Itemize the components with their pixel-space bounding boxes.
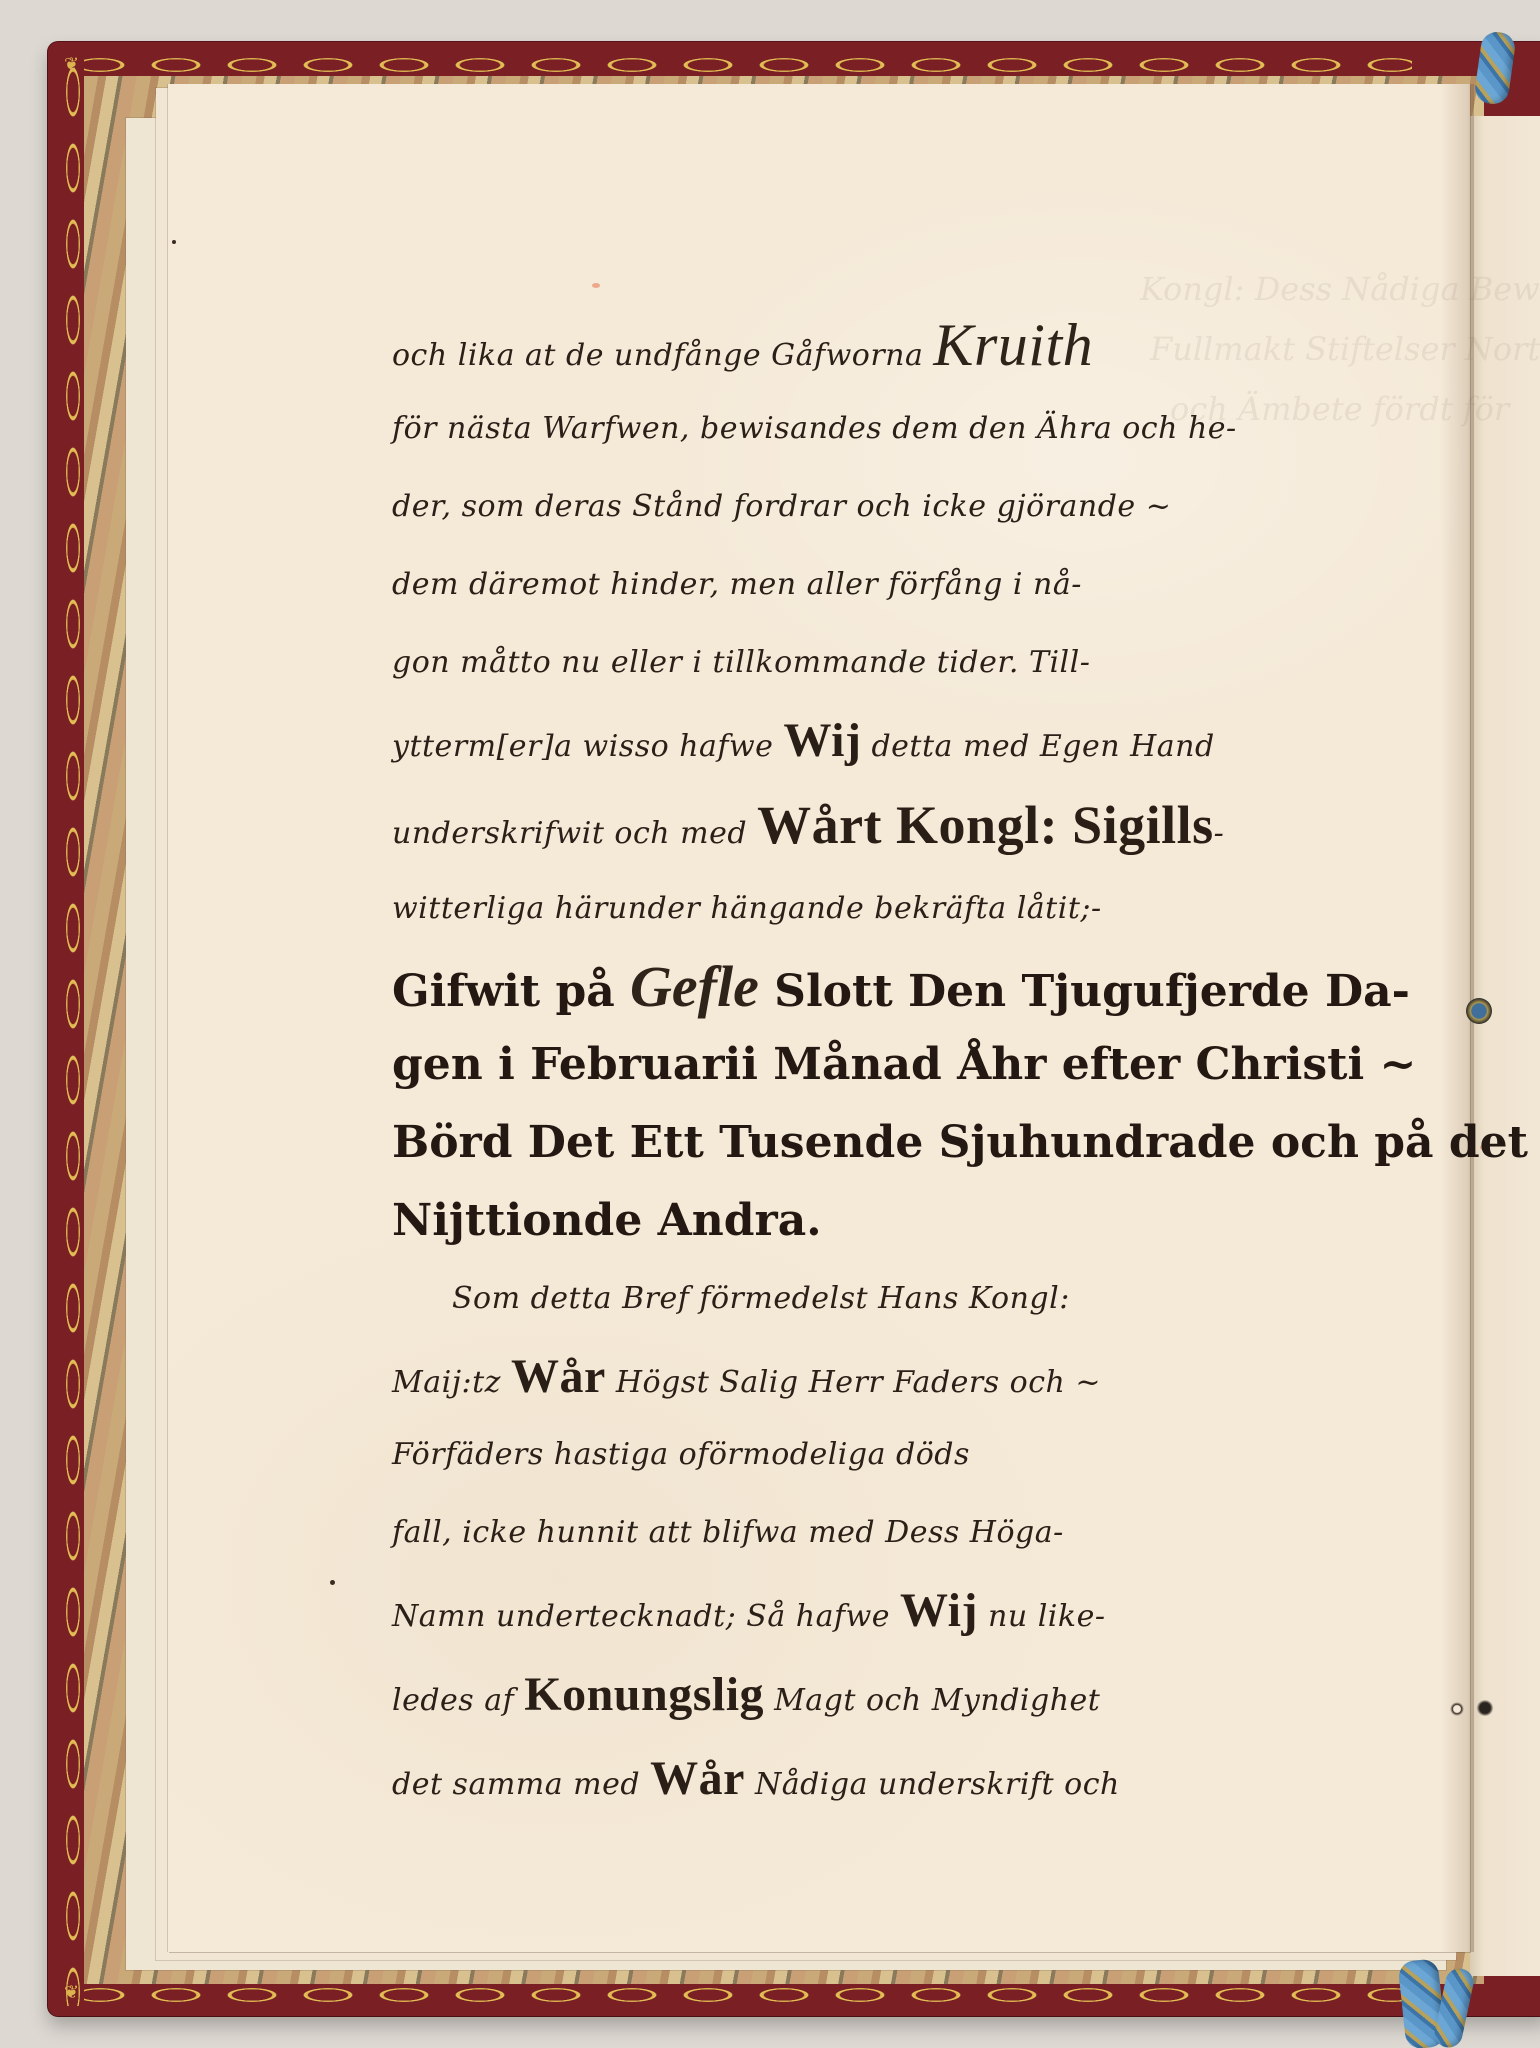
text-line-14: Maij:tz Wår Högst Salig Herr Faders och … <box>392 1338 1412 1416</box>
binding-stitch-icon <box>1476 1700 1494 1716</box>
text-line-5: gon måtto nu eller i tillkommande tider.… <box>392 624 1412 702</box>
ink-spot <box>172 240 176 244</box>
text-line-11-fraktur: Börd Det Ett Tusende Sjuhundrade och på … <box>392 1104 1412 1182</box>
text-line-19: det samma med Wår Nådiga underskrift och <box>392 1740 1412 1818</box>
display-word-war: Wår <box>650 1752 745 1805</box>
display-phrase-wart-kongl-sigills: Wårt Kongl: Sigills <box>757 795 1214 855</box>
text-line-1: och lika at de undfånge Gåfworna Kruith <box>392 300 1412 390</box>
ink-spot <box>592 283 600 288</box>
text-line-9-fraktur: Gifwit på Gefle Slott Den Tjugufjerde Da… <box>392 948 1412 1026</box>
text-line-6: ytterm[er]a wisso hafwe Wij detta med Eg… <box>392 702 1412 780</box>
text-line-7: underskrifwit och med Wårt Kongl: Sigill… <box>392 780 1412 870</box>
display-word-war: Wår <box>511 1350 606 1403</box>
text-line-2: för nästa Warfwen, bewisandes dem den Äh… <box>392 390 1412 468</box>
text-line-18: ledes af Konungslig Magt och Myndighet <box>392 1650 1412 1740</box>
gold-tooled-border-left <box>62 54 84 2006</box>
text-line-17: Namn undertecknadt; Så hafwe Wij nu like… <box>392 1572 1412 1650</box>
gold-tooled-border-top <box>62 54 1412 76</box>
text-line-4: dem däremot hinder, men aller förfång i … <box>392 546 1412 624</box>
text-line-3: der, som deras Stånd fordrar och icke gj… <box>392 468 1412 546</box>
display-word-konungslig: Konungslig <box>524 1668 764 1721</box>
manuscript-text: och lika at de undfånge Gåfworna Kruith … <box>392 300 1412 1818</box>
gold-corner-ornament-icon: ❦ <box>64 1984 79 2002</box>
display-word-kruith: Kruith <box>933 312 1093 378</box>
text-line-15: Förfäders hastiga oförmodeliga döds <box>392 1416 1412 1494</box>
text-line-10-fraktur: gen i Februarii Månad Åhr efter Christi … <box>392 1026 1412 1104</box>
binding-stitch-icon <box>1450 1702 1464 1716</box>
ink-spot <box>330 1580 335 1585</box>
display-word-wij: Wij <box>900 1584 978 1637</box>
gold-tooled-border-bottom <box>62 1984 1412 2006</box>
display-word-gefle: Gefle <box>630 954 759 1019</box>
gold-corner-ornament-icon: ❦ <box>64 56 79 74</box>
text-line-16: fall, icke hunnit att blifwa med Dess Hö… <box>392 1494 1412 1572</box>
text-line-8: witterliga härunder hängande bekräfta lå… <box>392 870 1412 948</box>
text-line-12-fraktur: Nijttionde Andra. <box>392 1182 1412 1260</box>
text-line-13: Som detta Bref förmedelst Hans Kongl: <box>392 1260 1412 1338</box>
display-word-wij: Wij <box>783 714 861 767</box>
binding-stitch-icon <box>1466 998 1492 1024</box>
